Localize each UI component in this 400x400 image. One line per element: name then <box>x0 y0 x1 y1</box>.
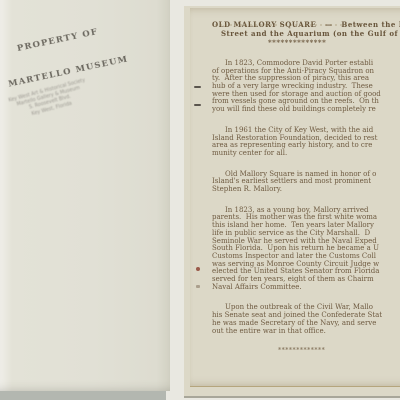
paragraph-2: In 1961 the City of Key West, with the a… <box>212 127 400 158</box>
paragraph-3: Old Mallory Square is named in honor of … <box>212 171 400 194</box>
paragraph-4: In 1823, as a young boy, Mallory arrived… <box>212 207 400 292</box>
staple-mark <box>194 104 201 106</box>
paragraph-1: In 1823, Commodore David Porter establio… <box>212 60 400 114</box>
text-line: munity center for all. <box>212 150 400 158</box>
staple-mark <box>196 285 200 288</box>
right-page: OLD MALLORY SQUARE — Between the F Stree… <box>190 8 400 387</box>
paragraph-5: Upon the outbreak of the Civil War, Mall… <box>212 304 400 335</box>
asterisk-separator-bottom: ************* <box>212 347 400 355</box>
asterisk-separator-top: ************** <box>212 39 400 47</box>
text-line: Stephen R. Mallory. <box>212 186 400 194</box>
text-line: out the entire war in that office. <box>212 328 400 336</box>
left-page: PROPERTY OF MARTELLO MUSEUM Key West Art… <box>0 0 170 391</box>
staple-mark <box>194 86 201 88</box>
text-line: Naval Affairs Committee. <box>212 284 400 292</box>
scanned-booklet: PROPERTY OF MARTELLO MUSEUM Key West Art… <box>0 0 400 400</box>
text-line: you will find these old buildings comple… <box>212 106 400 114</box>
staple-mark <box>196 267 200 271</box>
property-stamp-line1: PROPERTY OF <box>1 22 123 58</box>
page-title-line2: Street and the Aquarium (on the Gulf of … <box>212 30 400 39</box>
page-text-column: OLD MALLORY SQUARE — Between the F Stree… <box>212 21 400 355</box>
show-through-marks <box>215 24 365 26</box>
